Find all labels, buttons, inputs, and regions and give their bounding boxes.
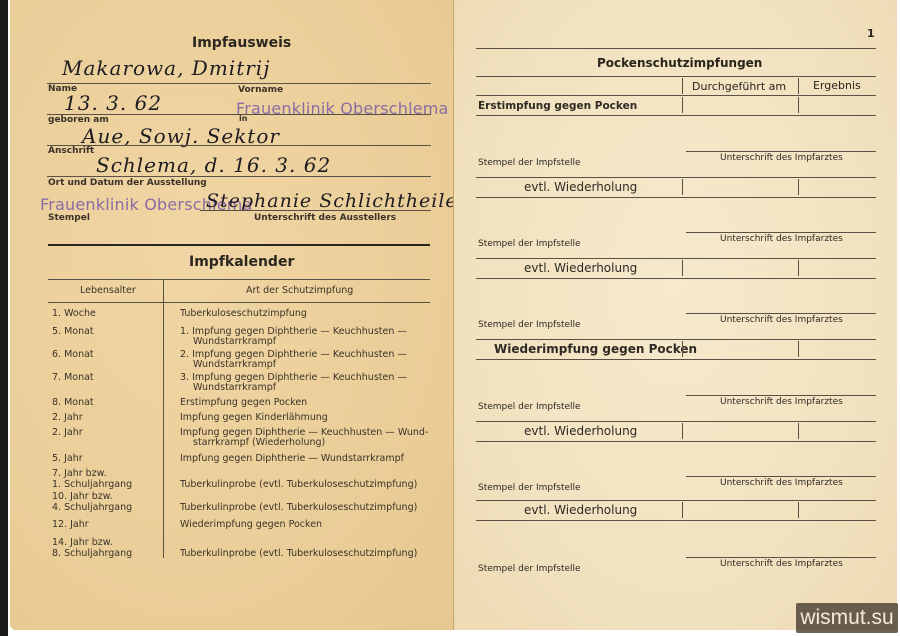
divider bbox=[476, 441, 876, 442]
signature-label: Unterschrift des Impfarztes bbox=[720, 315, 843, 325]
stamp-label: Stempel der Impfstelle bbox=[478, 158, 581, 168]
calendar-header-vaccination: Art der Schutzimpfung bbox=[246, 285, 353, 296]
calendar-age: 1. Woche bbox=[52, 308, 96, 319]
divider bbox=[476, 115, 876, 116]
stamp-label: Stempel der Impfstelle bbox=[478, 320, 581, 330]
signature-label: Unterschrift des Impfarztes bbox=[720, 559, 843, 569]
column-divider bbox=[682, 423, 683, 439]
calendar-vaccination: Tuberkuloseschutzimpfung bbox=[180, 308, 307, 319]
calendar-vaccination: Wundstarrkrampf bbox=[193, 382, 276, 393]
calendar-vaccination: Wundstarrkrampf bbox=[193, 359, 276, 370]
document-title: Impfausweis bbox=[192, 35, 291, 51]
column-divider bbox=[682, 179, 683, 195]
calendar-vaccination: Tuberkulinprobe (evtl. Tuberkuloseschutz… bbox=[180, 502, 417, 513]
calendar-header-age: Lebensalter bbox=[80, 285, 136, 296]
vorname-label: Vorname bbox=[238, 85, 283, 95]
stamp-label: Stempel der Impfstelle bbox=[478, 483, 581, 493]
result-field[interactable] bbox=[800, 422, 876, 440]
calendar-age: 2. Jahr bbox=[52, 427, 83, 438]
column-divider bbox=[798, 260, 799, 276]
address-label: Anschrift bbox=[48, 146, 94, 156]
performed-on-field[interactable] bbox=[684, 340, 796, 358]
calendar-vaccination: Tuberkulinprobe (evtl. Tuberkuloseschutz… bbox=[180, 479, 417, 490]
table-header-rule bbox=[48, 302, 430, 303]
header-performed-on: Durchgeführt am bbox=[692, 80, 786, 93]
calendar-age: 7. Monat bbox=[52, 372, 94, 383]
performed-on-field[interactable] bbox=[684, 96, 796, 114]
stamp-label: Stempel der Impfstelle bbox=[478, 402, 581, 412]
stamp-label: Stempel der Impfstelle bbox=[478, 239, 581, 249]
signature-line bbox=[686, 151, 876, 152]
column-divider bbox=[798, 341, 799, 357]
signature-label: Unterschrift des Impfarztes bbox=[720, 478, 843, 488]
calendar-age: 8. Monat bbox=[52, 397, 94, 408]
result-field[interactable] bbox=[800, 340, 876, 358]
divider bbox=[476, 177, 876, 178]
calendar-age: 14. Jahr bzw. bbox=[52, 537, 113, 548]
divider bbox=[476, 76, 876, 77]
calendar-age: 5. Monat bbox=[52, 326, 94, 337]
column-divider bbox=[682, 78, 683, 94]
table-column-divider bbox=[163, 280, 164, 558]
divider bbox=[476, 197, 876, 198]
column-divider bbox=[682, 341, 683, 357]
column-divider bbox=[682, 260, 683, 276]
signature-line bbox=[686, 395, 876, 396]
calendar-age: 2. Jahr bbox=[52, 412, 83, 423]
calendar-age: 7. Jahr bzw. bbox=[52, 468, 107, 479]
signature-line bbox=[686, 232, 876, 233]
calendar-vaccination: Erstimpfung gegen Pocken bbox=[180, 397, 307, 408]
divider bbox=[47, 83, 431, 84]
divider bbox=[476, 421, 876, 422]
divider bbox=[476, 339, 876, 340]
result-field[interactable] bbox=[800, 178, 876, 196]
divider bbox=[200, 210, 431, 211]
calendar-vaccination: Tuberkulinprobe (evtl. Tuberkuloseschutz… bbox=[180, 548, 417, 559]
record-type-label: Erstimpfung gegen Pocken bbox=[478, 100, 637, 112]
signature-line bbox=[686, 313, 876, 314]
column-divider bbox=[682, 502, 683, 518]
stamp-label: Stempel der Impfstelle bbox=[478, 564, 581, 574]
calendar-vaccination: Wiederimpfung gegen Pocken bbox=[180, 519, 322, 530]
stamp-label: Stempel bbox=[48, 213, 90, 223]
calendar-vaccination: starrkrampf (Wiederholung) bbox=[193, 437, 325, 448]
calendar-age: 6. Monat bbox=[52, 349, 94, 360]
divider bbox=[47, 176, 431, 177]
column-divider bbox=[798, 97, 799, 113]
divider bbox=[476, 520, 876, 521]
name-value: Makarowa, Dmitrij bbox=[62, 56, 270, 80]
section-divider bbox=[48, 244, 430, 246]
performed-on-field[interactable] bbox=[684, 178, 796, 196]
result-field[interactable] bbox=[800, 96, 876, 114]
right-page: 1 Pockenschutzimpfungen Durchgeführt am … bbox=[454, 0, 897, 630]
signature-line bbox=[686, 557, 876, 558]
performed-on-field[interactable] bbox=[684, 259, 796, 277]
calendar-vaccination: Impfung gegen Diphtherie — Wundstarrkram… bbox=[180, 453, 404, 464]
left-page: Impfausweis Makarowa, Dmitrij Name Vorna… bbox=[10, 0, 454, 630]
birth-date-value: 13. 3. 62 bbox=[64, 91, 162, 115]
record-type-label: evtl. Wiederholung bbox=[524, 261, 637, 275]
signature-label: Unterschrift des Impfarztes bbox=[720, 153, 843, 163]
divider bbox=[476, 359, 876, 360]
table-top-rule bbox=[48, 279, 430, 280]
calendar-age: 12. Jahr bbox=[52, 519, 89, 530]
signature-label: Unterschrift des Impfarztes bbox=[720, 397, 843, 407]
column-divider bbox=[798, 423, 799, 439]
calendar-age: 1. Schuljahrgang bbox=[52, 479, 132, 490]
issue-place-date-label: Ort und Datum der Ausstellung bbox=[48, 178, 207, 188]
header-result: Ergebnis bbox=[813, 79, 861, 92]
birth-place-stamp: Frauenklinik Oberschlema bbox=[236, 99, 449, 118]
calendar-age: 8. Schuljahrgang bbox=[52, 548, 132, 559]
result-field[interactable] bbox=[800, 501, 876, 519]
calendar-vaccination: Impfung gegen Kinderlähmung bbox=[180, 412, 328, 423]
column-divider bbox=[798, 502, 799, 518]
issue-place-date-value: Schlema, d. 16. 3. 62 bbox=[96, 153, 331, 177]
scan-edge bbox=[0, 0, 8, 636]
performed-on-field[interactable] bbox=[684, 501, 796, 519]
column-divider bbox=[798, 179, 799, 195]
signature-label: Unterschrift des Impfarztes bbox=[720, 234, 843, 244]
signature-label: Unterschrift des Ausstellers bbox=[254, 213, 396, 223]
divider bbox=[476, 500, 876, 501]
calendar-age: 10. Jahr bzw. bbox=[52, 491, 113, 502]
record-type-label: Wiederimpfung gegen Pocken bbox=[494, 342, 697, 356]
record-type-label: evtl. Wiederholung bbox=[524, 424, 637, 438]
performed-on-field[interactable] bbox=[684, 422, 796, 440]
calendar-age: 4. Schuljahrgang bbox=[52, 502, 132, 513]
smallpox-title: Pockenschutzimpfungen bbox=[597, 56, 762, 70]
calendar-vaccination: Wundstarrkrampf bbox=[193, 336, 276, 347]
divider bbox=[476, 48, 876, 49]
watermark: wismut.su bbox=[796, 603, 898, 633]
birth-place-label: in bbox=[239, 114, 247, 123]
record-type-label: evtl. Wiederholung bbox=[524, 503, 637, 517]
divider bbox=[476, 258, 876, 259]
signature-line bbox=[686, 476, 876, 477]
column-divider bbox=[682, 97, 683, 113]
calendar-title: Impfkalender bbox=[189, 254, 294, 270]
divider bbox=[476, 278, 876, 279]
divider bbox=[47, 145, 431, 146]
record-type-label: evtl. Wiederholung bbox=[524, 180, 637, 194]
column-divider bbox=[798, 78, 799, 94]
result-field[interactable] bbox=[800, 259, 876, 277]
calendar-age: 5. Jahr bbox=[52, 453, 83, 464]
issuer-signature: Stephanie Schlichtheile bbox=[206, 190, 458, 212]
page-number: 1 bbox=[867, 27, 875, 40]
